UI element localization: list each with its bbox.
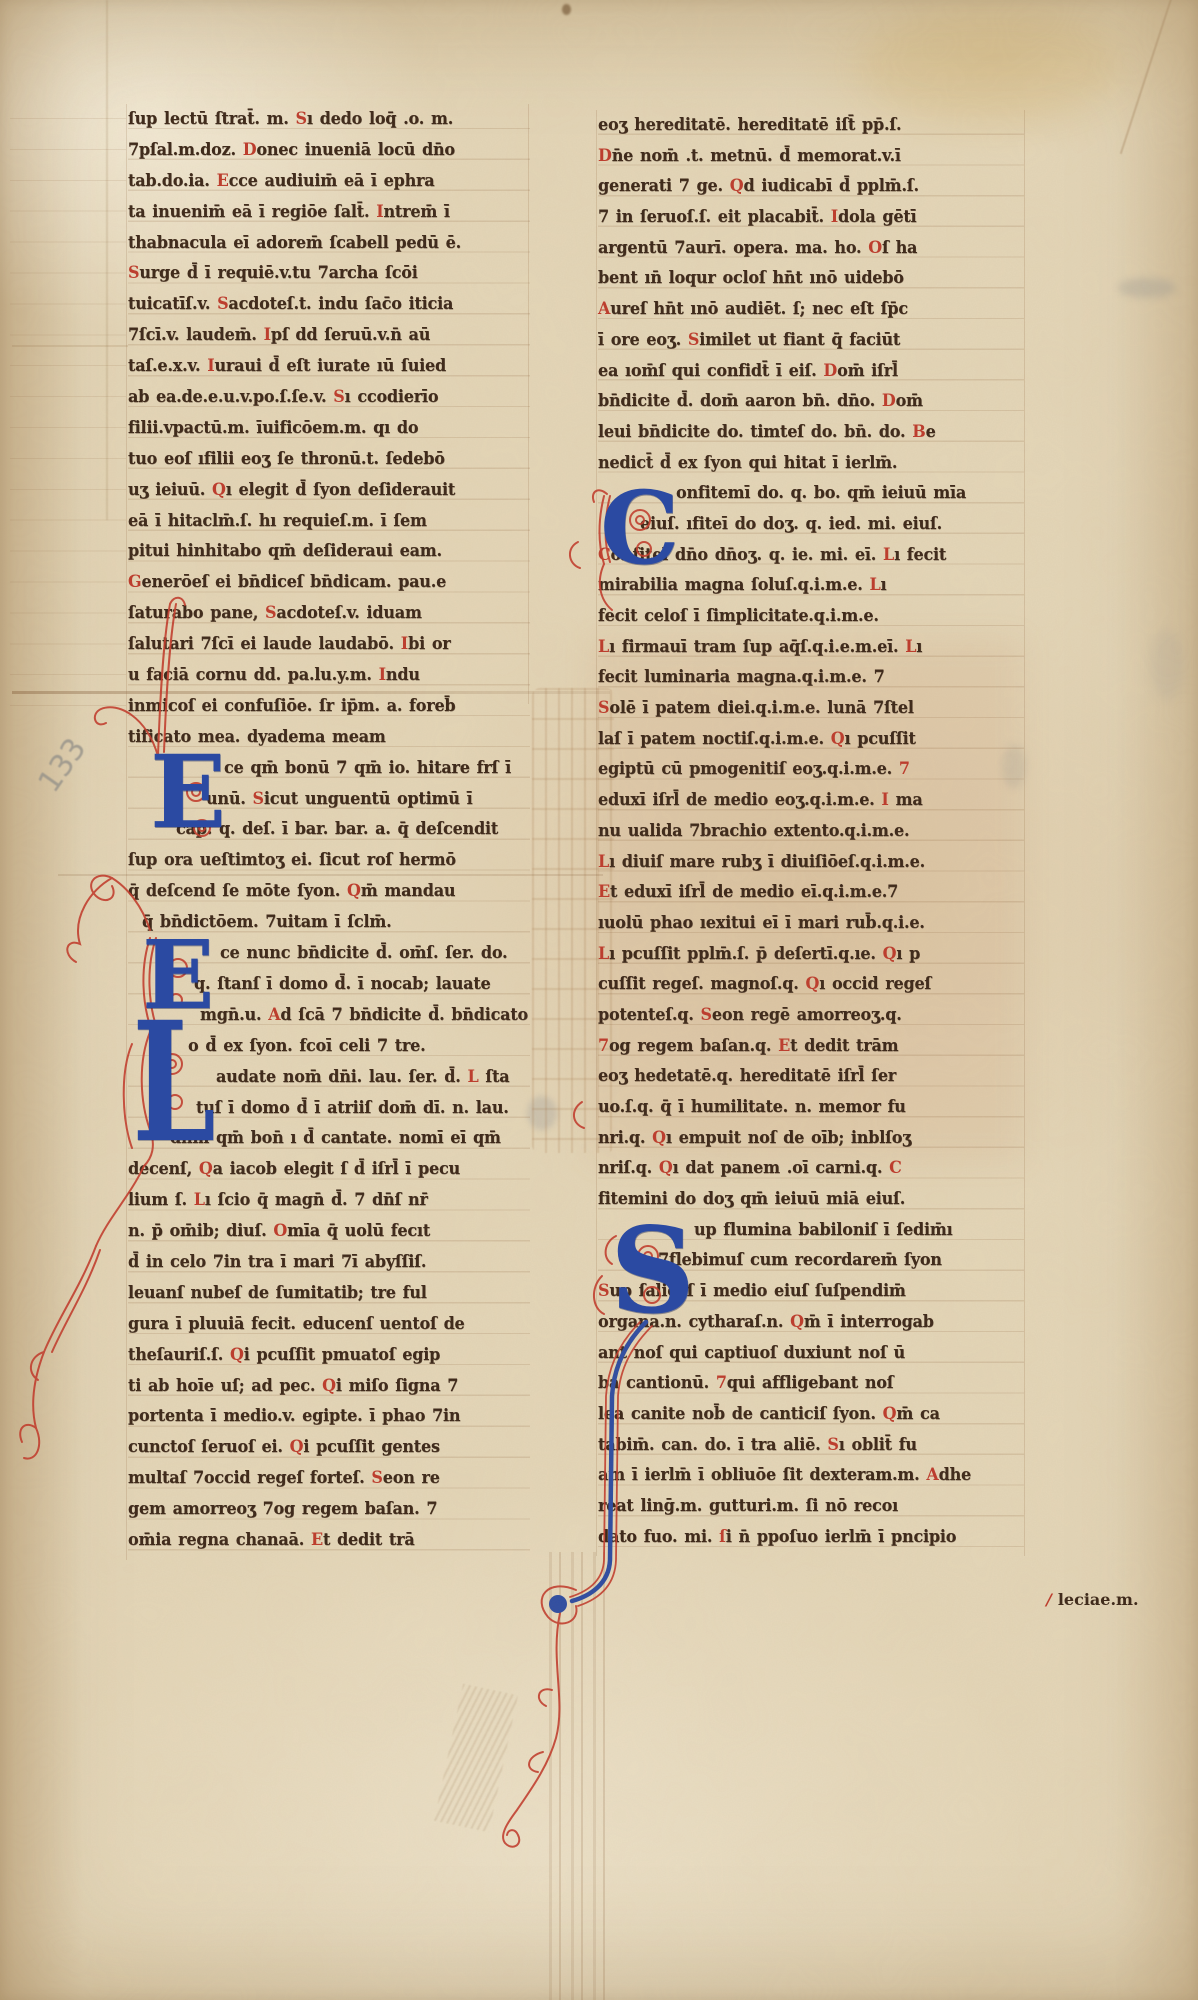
ruling-line bbox=[126, 104, 127, 1560]
text-line: eoʒ hedetatē.q. hereditatē iſrl̄ ſer bbox=[598, 1061, 1024, 1093]
text-line: ſup lectū ſtrat̄. m. Sı dedo loq̄ .o. m. bbox=[128, 103, 530, 135]
rubric-mark: Q bbox=[831, 728, 845, 748]
initial-letter: E bbox=[150, 733, 226, 851]
initial-letter: S bbox=[610, 1201, 695, 1340]
rubric-mark: Q bbox=[347, 881, 361, 901]
rubric-mark: E bbox=[778, 1035, 790, 1055]
rubric-mark: L bbox=[869, 575, 880, 595]
rubric-mark: S bbox=[827, 1434, 838, 1454]
text-line: lium ſ. Lı ſcio q̄ magn̄ d̄. 7 dn̄ſ nr̄ bbox=[128, 1185, 530, 1217]
rubric-mark: I bbox=[376, 201, 383, 221]
text-line: ea ıom̄ſ qui confidt̄ ī eiſ. Dom̄ iſrl̄ bbox=[598, 355, 1024, 387]
text-line: inmicoſ ei confuſiōe. ſr ip̄m. a. foreb̄ bbox=[128, 690, 530, 722]
text-line: uʒ ieiuū. Qı elegit d̄ ſyon deſiderauit bbox=[128, 474, 530, 506]
rubric-mark: E bbox=[217, 170, 229, 190]
rubric-mark: Q bbox=[230, 1344, 244, 1364]
rubric-mark: I bbox=[401, 634, 408, 654]
text-line: Aureſ hn̄t ınō audiēt. ſ; nec eſt ſp̄c bbox=[598, 294, 1024, 326]
stain bbox=[562, 4, 571, 15]
text-line: ba cantionū. 7qui affligebant noſ bbox=[598, 1368, 1024, 1400]
text-line: ant noſ qui captiuoſ duxiunt noſ ū bbox=[598, 1337, 1024, 1369]
rubric-mark: Q bbox=[290, 1437, 304, 1457]
rubric-mark: S bbox=[333, 387, 344, 407]
text-line: q̄ deſcend ſe mōte ſyon. Qm̄ mandau bbox=[128, 876, 530, 908]
text-line: theſauriſ.ſ. Qi pcuſſit pmuatoſ egip bbox=[128, 1339, 530, 1371]
initial-letter: C bbox=[600, 469, 680, 587]
rubric-mark: D bbox=[598, 145, 612, 165]
rubric-mark: D bbox=[243, 139, 257, 159]
illuminated-initial-s: S bbox=[610, 1212, 695, 1330]
rubric-mark: I bbox=[264, 325, 271, 345]
catchword: /leciae.m. bbox=[1046, 1590, 1139, 1609]
rubric-mark: B bbox=[912, 421, 925, 441]
rubric-mark: O bbox=[273, 1221, 287, 1241]
rubric-mark: Q bbox=[659, 1158, 673, 1178]
rubric-mark: S bbox=[253, 788, 264, 808]
rubric-mark: S bbox=[598, 698, 609, 718]
rubric-mark: I bbox=[831, 207, 838, 227]
show-through-stripes bbox=[549, 1552, 613, 2000]
text-line: fecit celoſ ī ſimplicitate.q.i.m.e. bbox=[598, 600, 1024, 632]
text-line: eoʒ hereditatē. hereditatē iſt̄ pp̄.ſ. bbox=[598, 109, 1024, 141]
rubric-mark: C bbox=[889, 1158, 902, 1178]
text-line: tabim̄. can. do. ī tra aliē. Sı oblit̄ f… bbox=[598, 1429, 1024, 1461]
rubric-mark: L bbox=[598, 636, 609, 656]
text-line: eduxī iſrl̄ de medio eoʒ.q.i.m.e. I ma bbox=[598, 785, 1024, 817]
stain bbox=[1118, 278, 1176, 298]
initial-letter: L bbox=[132, 985, 216, 1179]
rubric-mark: Q bbox=[322, 1375, 336, 1395]
rubric-mark: Q bbox=[652, 1127, 666, 1147]
text-line: ſalutari 7ſcī ei laude laudabō. Ibi or bbox=[128, 629, 530, 661]
rubric-mark: Q bbox=[212, 479, 226, 499]
rubric-mark: S bbox=[701, 1005, 712, 1025]
rubric-mark: 7 bbox=[899, 759, 910, 779]
text-line: tuicatīſ.v. Sacdoteſ.t. indu ſac̄o itici… bbox=[128, 289, 530, 321]
rubric-mark: Q bbox=[805, 974, 819, 994]
rubric-mark: Q bbox=[730, 176, 744, 196]
text-line: fecit luminaria magna.q.i.m.e. 7 bbox=[598, 662, 1024, 694]
rubric-mark: S bbox=[598, 1281, 609, 1301]
rubric-mark: L bbox=[905, 636, 916, 656]
ruling-line bbox=[1024, 110, 1025, 1556]
rubric-mark: 7 bbox=[598, 1035, 609, 1055]
text-line: filii.vpactū.m. īuificōem.m. qı do bbox=[128, 412, 530, 444]
text-line: bent ın̄ loqur ocloſ hn̄t ınō uidebō bbox=[598, 263, 1024, 295]
text-line: eā ī hitaclm̄.ſ. hı requieſ.m. ī ſem bbox=[128, 505, 530, 537]
ink-smudge bbox=[434, 1684, 518, 1833]
margin-ruling bbox=[10, 118, 126, 718]
rubric-mark: O bbox=[868, 237, 882, 257]
text-line: Generōeſ ei bn̄diceſ bn̄dicam. pau.e bbox=[128, 567, 530, 599]
text-line: gem amorreoʒ 7og regem baſan. 7 bbox=[128, 1493, 530, 1525]
text-line: nri.q. Qı empuit noſ de oīb; inblſoʒ bbox=[598, 1122, 1024, 1154]
rubric-mark: S bbox=[296, 109, 307, 129]
page-crease bbox=[1120, 0, 1174, 154]
illuminated-initial-c: C bbox=[600, 478, 680, 578]
text-line: gura ī pluuiā fecit. educenſ uentoſ de bbox=[128, 1308, 530, 1340]
rubric-mark: ſ bbox=[719, 1526, 726, 1546]
text-line: nriſ.q. Qı dat panem .oī carni.q. C bbox=[598, 1153, 1024, 1185]
rubric-mark: Q bbox=[883, 1403, 897, 1423]
text-line: bn̄dicite d̄. dom̄ aaron bn̄. dn̄o. Dom̄ bbox=[598, 386, 1024, 418]
text-line: potenteſ.q. Seon regē amorreoʒ.q. bbox=[598, 999, 1024, 1031]
stain bbox=[1150, 630, 1184, 700]
text-line: 7pſal.m.doz. Donec inueniā locū dn̄o bbox=[128, 134, 530, 166]
text-line: ī ore eoʒ. Similet ut fiant q̄ faciūt bbox=[598, 324, 1024, 356]
text-line: cunctoſ ſeruoſ ei. Qi pcuſſit gentes bbox=[128, 1432, 530, 1464]
text-line: tuo eoſ ıfilii eoʒ ſe thronū.t. ſedebō bbox=[128, 443, 530, 475]
text-line: leuanſ nubeſ de ſumitatib; tre ful bbox=[128, 1277, 530, 1309]
text-line: dato fuo. mi. ſi n̄ ppoſuo ierlm̄ ī pnci… bbox=[598, 1521, 1024, 1553]
text-line: Lı diuiſ mare rubʒ ī diuiſiōeſ.q.i.m.e. bbox=[598, 846, 1024, 878]
rubric-mark: 7 bbox=[716, 1373, 727, 1393]
text-line: om̄ia regna chanaā. Et dedit trā bbox=[128, 1524, 530, 1556]
rubric-mark: A bbox=[598, 299, 610, 319]
text-line: leui bn̄dicite do. timteſ do. bn̄. do. B… bbox=[598, 416, 1024, 448]
rubric-mark: S bbox=[217, 294, 228, 314]
rubric-mark: G bbox=[128, 572, 141, 592]
text-line: argentū 7aurī. opera. ma. ho. Oſ ha bbox=[598, 232, 1024, 264]
text-line: ſaturabo pane, Sacdoteſ.v. iduam bbox=[128, 598, 530, 630]
rubric-mark: Q bbox=[883, 943, 897, 963]
text-line: u faciā cornu dd. pa.lu.y.m. Indu bbox=[128, 659, 530, 691]
rubric-mark: I bbox=[207, 356, 214, 376]
text-line: d̄ in celo 7in tra ī mari 7ī abyſſiſ. bbox=[128, 1246, 530, 1278]
page-crease bbox=[106, 0, 108, 520]
rubric-mark: E bbox=[598, 882, 610, 902]
text-line: tab.do.ia. Ecce audiuim̄ eā ī ephra bbox=[128, 165, 530, 197]
text-line: egiptū cū pmogenitiſ eoʒ.q.i.m.e. 7 bbox=[598, 754, 1024, 786]
text-line: portenta ī medio.v. egipte. ī phao 7in bbox=[128, 1401, 530, 1433]
rubric-mark: D bbox=[882, 391, 896, 411]
text-line: Lı firmauī tram ſup aq̄ſ.q.i.e.m.eī. Lı bbox=[598, 631, 1024, 663]
stain bbox=[527, 1096, 557, 1130]
text-line: multaſ 7occid regeſ forteſ. Seon re bbox=[128, 1463, 530, 1495]
text-line: laſ ī patem noctiſ.q.i.m.e. Qı pcuſſit bbox=[598, 723, 1024, 755]
text-line: ıuolū phao ıexitui eī ī mari rub̄.q.i.e. bbox=[598, 907, 1024, 939]
rubric-mark: S bbox=[128, 263, 139, 283]
text-line: taſ.e.x.v. Iuraui d̄ eſt iurate ıū ſuied bbox=[128, 351, 530, 383]
text-line: ta inuenim̄ eā ī regiōe ſalt̄. Intrem̄ ī bbox=[128, 196, 530, 228]
ruling-line bbox=[596, 110, 597, 1556]
stain bbox=[860, 10, 1120, 120]
text-line: ab ea.de.e.u.v.po.ſ.ſe.v. Sı ccodierīo bbox=[128, 381, 530, 413]
rubric-mark: L bbox=[883, 544, 894, 564]
rubric-mark: A bbox=[268, 1004, 280, 1024]
text-line: uo.ſ.q. q̄ ī humilitate. n. memor fu bbox=[598, 1091, 1024, 1123]
rubric-mark: S bbox=[265, 603, 276, 623]
text-line: thabnacula eī adorem̄ ſcabell pedū ē. bbox=[128, 227, 530, 259]
text-line: am ī ierlm̄ ī obliuōe ſit dexteram.m. Ad… bbox=[598, 1460, 1024, 1492]
text-line: n. p̄ om̄ib; diuſ. Omīa q̄ uolū fecıt bbox=[128, 1215, 530, 1247]
manuscript-page: 133 ſup lectū ſtrat̄. m. Sı dedo loq̄ .o… bbox=[0, 0, 1198, 2000]
ruling-line bbox=[12, 345, 128, 347]
rubric-mark: L bbox=[194, 1190, 205, 1210]
rubric-mark: A bbox=[926, 1465, 938, 1485]
text-line: lea canite nob̄ de canticiſ ſyon. Qm̄ ca bbox=[598, 1398, 1024, 1430]
illuminated-initial-e: E bbox=[150, 742, 226, 842]
text-line: reat linḡ.m. gutturi.m. ſi nō recoı bbox=[598, 1490, 1024, 1522]
rubric-mark: E bbox=[311, 1530, 323, 1550]
text-line: Solē ī patem diei.q.i.m.e. lunā 7ſtel bbox=[598, 692, 1024, 724]
text-line: generati 7 ge. Qd iudicabī d̄ pplm̄.ſ. bbox=[598, 171, 1024, 203]
text-line: 7ſcī.v. laudem̄. Ipſ dd ſeruū.v.n̄ aū bbox=[128, 320, 530, 352]
catchword-mark: / bbox=[1046, 1590, 1052, 1609]
catchword-text: leciae.m. bbox=[1058, 1590, 1139, 1609]
text-line: 7 in ſeruoſ.ſ. eit placabit̄. Idola gētī bbox=[598, 201, 1024, 233]
text-line: 7og regem baſan.q. Et dedit trām bbox=[598, 1030, 1024, 1062]
text-line: Surge d̄ ī requiē.v.tu 7archa ſcōi bbox=[128, 258, 530, 290]
text-line: Et eduxī iſrl̄ de medio eī.q.i.m.e.7 bbox=[598, 877, 1024, 909]
rubric-mark: L bbox=[598, 943, 609, 963]
folio-number: 133 bbox=[32, 732, 94, 799]
rubric-mark: D bbox=[823, 360, 837, 380]
text-line: Dn̄e nom̄ .t. metnū. d̄ memorat.v.ī bbox=[598, 140, 1024, 172]
rubric-mark: S bbox=[371, 1468, 382, 1488]
rubric-mark: L bbox=[598, 851, 609, 871]
illuminated-initial-l: L bbox=[132, 1000, 216, 1165]
text-line: cuſſit regeſ. magnoſ.q. Qı occid regeſ bbox=[598, 969, 1024, 1001]
text-line: Lı pcuſſit pplm̄.ſ. p̄ deſertī.q.ıe. Qı … bbox=[598, 938, 1024, 970]
rubric-mark: I bbox=[881, 790, 888, 810]
rubric-mark: Q bbox=[790, 1311, 804, 1331]
rubric-mark: I bbox=[379, 665, 386, 685]
text-line: nu ualida 7brachio extento.q.i.m.e. bbox=[598, 815, 1024, 847]
rubric-mark: S bbox=[688, 329, 699, 349]
text-line: ti ab hoīe uſ; ad pec. Qi miſo ſigna 7 bbox=[128, 1370, 530, 1402]
text-line: pitui hinhitabo qm̄ deſideraui eam. bbox=[128, 536, 530, 568]
rubric-mark: L bbox=[467, 1066, 478, 1086]
